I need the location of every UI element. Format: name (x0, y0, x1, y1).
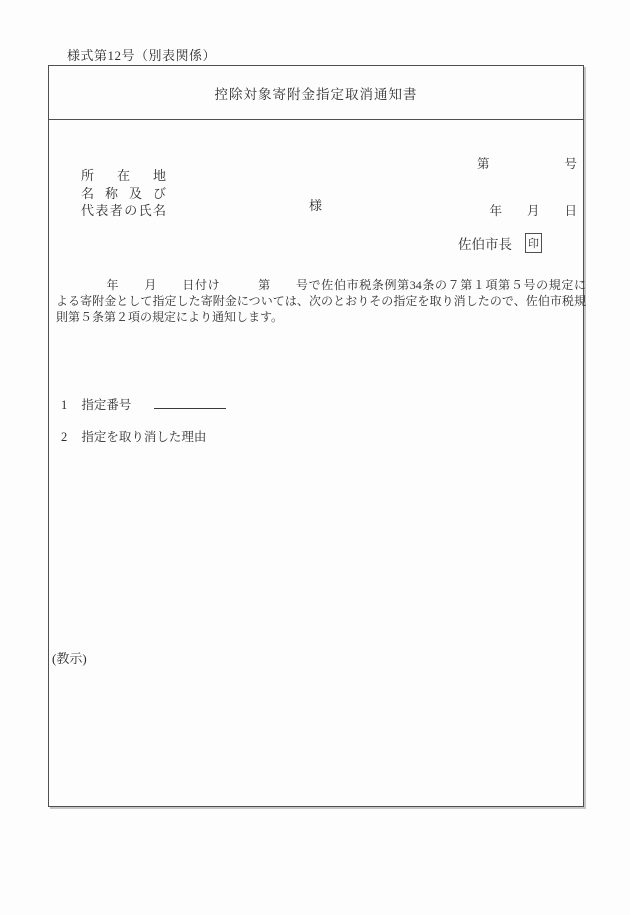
honorific-label: 様 (309, 195, 322, 214)
designation-number-blank (154, 398, 226, 409)
document-frame: 控除対象寄附金指定取消通知書 第 号 年 月 日 所在地 名称及び 代表者の氏名… (48, 65, 584, 807)
title-row: 控除対象寄附金指定取消通知書 (49, 66, 583, 120)
document-date-line: 年 月 日 (477, 204, 577, 220)
body-paragraph: 年 月 日付け 第 号で佐伯市税条例第34条の７第１項第５号の規定に よる寄附金… (56, 277, 586, 325)
addressee-representative-label: 代表者の氏名 (81, 202, 166, 220)
addressee-address-label: 所在地 (81, 167, 166, 185)
document-number-block: 第 号 年 月 日 (477, 126, 577, 250)
legal-note: (教示) (52, 648, 87, 667)
item-cancellation-reason: 2 指定を取り消した理由 (61, 427, 206, 445)
document-page: 様式第12号（別表関係） 控除対象寄附金指定取消通知書 第 号 年 月 日 所在… (0, 0, 630, 915)
item-number: 2 (61, 430, 67, 445)
addressee-block: 所在地 名称及び 代表者の氏名 (81, 167, 166, 220)
sender-block: 佐伯市長 印 (458, 233, 542, 253)
addressee-name-label: 名称及び (81, 185, 166, 203)
document-number-line: 第 号 (477, 157, 577, 173)
seal-box: 印 (525, 233, 542, 253)
document-title: 控除対象寄附金指定取消通知書 (215, 83, 418, 103)
body-line-1: 年 月 日付け 第 号で佐伯市税条例第34条の７第１項第５号の規定に (56, 277, 586, 293)
body-line-3: 則第５条第２項の規定により通知します。 (56, 309, 586, 325)
item-number: 1 (61, 398, 67, 413)
item-label: 指定番号 (81, 398, 131, 412)
item-label: 指定を取り消した理由 (81, 430, 206, 444)
item-designation-number: 1 指定番号 (61, 395, 226, 413)
form-number-label: 様式第12号（別表関係） (67, 45, 216, 64)
sender-title: 佐伯市長 (458, 233, 512, 253)
body-line-2: よる寄附金として指定した寄附金については、次のとおりその指定を取り消したので、佐… (56, 293, 586, 309)
